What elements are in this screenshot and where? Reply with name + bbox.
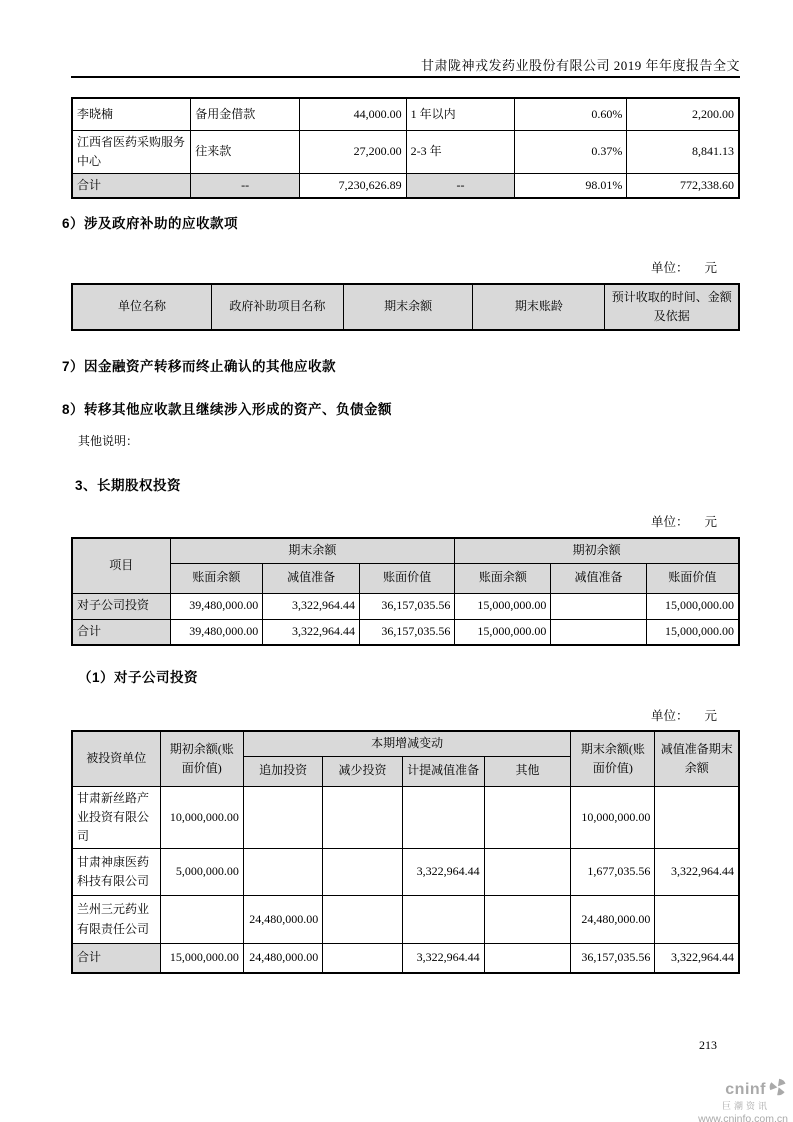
cell-begin: 15,000,000.00 (160, 944, 243, 973)
gov-subsidy-receivables-table: 单位名称 政府补助项目名称 期末余额 期末账龄 预计收取的时间、金额及依据 (71, 283, 740, 331)
cell-impairment-end (655, 896, 739, 944)
report-page: 甘肃陇神戎发药业股份有限公司 2019 年年度报告全文 李晓楠 备用金借款 44… (0, 0, 793, 1122)
subsidiary-investment-table: 被投资单位 期初余额(账面价值) 本期增减变动 期末余额(账面价值) 减值准备期… (71, 730, 740, 974)
cell-value: 15,000,000.00 (455, 619, 551, 645)
unit-currency: 元 (704, 709, 717, 723)
cell-balance: 27,200.00 (299, 130, 406, 173)
cell-investee: 甘肃新丝路产业投资有限公司 (72, 786, 160, 849)
section-heading-6: 6）涉及政府补助的应收款项 (62, 212, 238, 232)
cell-reduce (323, 849, 402, 896)
table-row-total: 合计 -- 7,230,626.89 -- 98.01% 772,338.60 (72, 173, 739, 198)
table-row-total: 合计 39,480,000.00 3,322,964.44 36,157,035… (72, 619, 739, 645)
unit-label: 单位：元 (651, 512, 717, 530)
table-subheader-row: 账面余额 减值准备 账面价值 账面余额 减值准备 账面价值 (72, 563, 739, 593)
table-header-row: 单位名称 政府补助项目名称 期末余额 期末账龄 预计收取的时间、金额及依据 (72, 284, 739, 330)
col-header: 其他 (484, 756, 571, 786)
other-receivables-table: 李晓楠 备用金借款 44,000.00 1 年以内 0.60% 2,200.00… (71, 97, 740, 199)
cell-add: 24,480,000.00 (243, 896, 322, 944)
cell-impairment-end: 3,322,964.44 (655, 944, 739, 973)
cell-begin: 10,000,000.00 (160, 786, 243, 849)
cell-value: 15,000,000.00 (646, 593, 739, 619)
col-header: 减值准备 (263, 563, 360, 593)
cell-impairment-end: 3,322,964.44 (655, 849, 739, 896)
cell-investee: 甘肃神康医药科技有限公司 (72, 849, 160, 896)
cell-aging: 1 年以内 (406, 98, 515, 130)
cell-reduce (323, 896, 402, 944)
table-header-row: 项目 期末余额 期初余额 (72, 538, 739, 563)
col-group-ending: 期末余额 (170, 538, 455, 563)
col-header: 账面价值 (646, 563, 739, 593)
cell-reduce (323, 786, 402, 849)
col-header: 计提减值准备 (402, 756, 484, 786)
unit-currency: 元 (704, 515, 717, 529)
cell-value: 15,000,000.00 (455, 593, 551, 619)
cell-begin (160, 896, 243, 944)
cell-impairment: 3,322,964.44 (402, 944, 484, 973)
col-header: 预计收取的时间、金额及依据 (605, 284, 739, 330)
cell-value: 3,322,964.44 (263, 593, 360, 619)
table-row-total: 合计 15,000,000.00 24,480,000.00 3,322,964… (72, 944, 739, 973)
section-heading-7: 7）因金融资产转移而终止确认的其他应收款 (62, 355, 336, 375)
logo-brand-text: cninf (725, 1081, 766, 1099)
cell-value: 39,480,000.00 (170, 619, 263, 645)
cell-bad-debt: 8,841.13 (627, 130, 739, 173)
cell-name: 江西省医药采购服务中心 (72, 130, 191, 173)
subsection-heading-1: （1）对子公司投资 (78, 666, 198, 686)
logo-url: www.cninfo.com.cn (658, 1113, 788, 1122)
cell-bad-debt: 772,338.60 (627, 173, 739, 198)
col-header: 期末余额 (343, 284, 472, 330)
cell-nature: -- (191, 173, 300, 198)
cell-impairment-end (655, 786, 739, 849)
cell-add: 24,480,000.00 (243, 944, 322, 973)
cell-impairment: 3,322,964.44 (402, 849, 484, 896)
cell-other (484, 786, 571, 849)
cell-aging: 2-3 年 (406, 130, 515, 173)
col-header: 减少投资 (323, 756, 402, 786)
cell-investee: 合计 (72, 944, 160, 973)
cell-item: 对子公司投资 (72, 593, 170, 619)
col-header-investee: 被投资单位 (72, 731, 160, 786)
cell-impairment (402, 896, 484, 944)
cell-reduce (323, 944, 402, 973)
cell-balance: 7,230,626.89 (299, 173, 406, 198)
cell-proportion: 0.60% (515, 98, 627, 130)
header-divider (71, 76, 740, 78)
cell-impairment (402, 786, 484, 849)
table-header-row: 被投资单位 期初余额(账面价值) 本期增减变动 期末余额(账面价值) 减值准备期… (72, 731, 739, 756)
col-header-begin: 期初余额(账面价值) (160, 731, 243, 786)
cell-nature: 备用金借款 (191, 98, 300, 130)
pinwheel-icon (768, 1078, 788, 1101)
logo-brand-row: cninf (658, 1078, 788, 1101)
cell-name: 合计 (72, 173, 191, 198)
table-row: 甘肃新丝路产业投资有限公司 10,000,000.00 10,000,000.0… (72, 786, 739, 849)
cell-value (551, 593, 646, 619)
cell-add (243, 849, 322, 896)
cell-proportion: 98.01% (515, 173, 627, 198)
cell-end: 10,000,000.00 (571, 786, 655, 849)
cell-value: 36,157,035.56 (359, 619, 454, 645)
cell-nature: 往来款 (191, 130, 300, 173)
col-header-item: 项目 (72, 538, 170, 593)
col-header: 政府补助项目名称 (211, 284, 343, 330)
cell-other (484, 849, 571, 896)
logo-chinese-name: 巨潮资讯 (658, 1099, 770, 1112)
other-note: 其他说明： (78, 432, 138, 449)
cell-bad-debt: 2,200.00 (627, 98, 739, 130)
unit-label: 单位：元 (651, 258, 717, 276)
table-row: 对子公司投资 39,480,000.00 3,322,964.44 36,157… (72, 593, 739, 619)
cell-value: 36,157,035.56 (359, 593, 454, 619)
cell-begin: 5,000,000.00 (160, 849, 243, 896)
unit-label: 单位：元 (651, 706, 717, 724)
page-header-title: 甘肃陇神戎发药业股份有限公司 2019 年年度报告全文 (71, 55, 740, 74)
section-heading-3: 3、长期股权投资 (75, 474, 181, 494)
unit-text: 单位： (651, 515, 689, 529)
col-header: 单位名称 (72, 284, 211, 330)
cell-add (243, 786, 322, 849)
col-header: 账面余额 (170, 563, 263, 593)
section-heading-8: 8）转移其他应收款且继续涉入形成的资产、负债金额 (62, 398, 392, 418)
col-header: 减值准备 (551, 563, 646, 593)
cell-aging: -- (406, 173, 515, 198)
page-number: 213 (699, 1038, 717, 1053)
col-header-end: 期末余额(账面价值) (571, 731, 655, 786)
cell-balance: 44,000.00 (299, 98, 406, 130)
cell-end: 1,677,035.56 (571, 849, 655, 896)
cell-other (484, 944, 571, 973)
col-group-beginning: 期初余额 (455, 538, 739, 563)
unit-text: 单位： (651, 709, 689, 723)
table-row: 甘肃神康医药科技有限公司 5,000,000.00 3,322,964.44 1… (72, 849, 739, 896)
col-header: 期末账龄 (473, 284, 605, 330)
unit-currency: 元 (704, 261, 717, 275)
cell-item: 合计 (72, 619, 170, 645)
cninfo-logo: cninf 巨潮资讯 www.cninfo.com.cn (658, 1078, 788, 1122)
cell-value: 15,000,000.00 (646, 619, 739, 645)
table-row: 兰州三元药业有限责任公司 24,480,000.00 24,480,000.00 (72, 896, 739, 944)
cell-other (484, 896, 571, 944)
cell-value (551, 619, 646, 645)
cell-end: 24,480,000.00 (571, 896, 655, 944)
col-header-impairment: 减值准备期末余额 (655, 731, 739, 786)
col-group-change: 本期增减变动 (243, 731, 570, 756)
unit-text: 单位： (651, 261, 689, 275)
col-header: 账面价值 (359, 563, 454, 593)
table-row: 江西省医药采购服务中心 往来款 27,200.00 2-3 年 0.37% 8,… (72, 130, 739, 173)
cell-investee: 兰州三元药业有限责任公司 (72, 896, 160, 944)
table-row: 李晓楠 备用金借款 44,000.00 1 年以内 0.60% 2,200.00 (72, 98, 739, 130)
cell-value: 3,322,964.44 (263, 619, 360, 645)
long-term-equity-table: 项目 期末余额 期初余额 账面余额 减值准备 账面价值 账面余额 减值准备 账面… (71, 537, 740, 646)
cell-name: 李晓楠 (72, 98, 191, 130)
cell-end: 36,157,035.56 (571, 944, 655, 973)
col-header: 账面余额 (455, 563, 551, 593)
col-header: 追加投资 (243, 756, 322, 786)
cell-value: 39,480,000.00 (170, 593, 263, 619)
cell-proportion: 0.37% (515, 130, 627, 173)
